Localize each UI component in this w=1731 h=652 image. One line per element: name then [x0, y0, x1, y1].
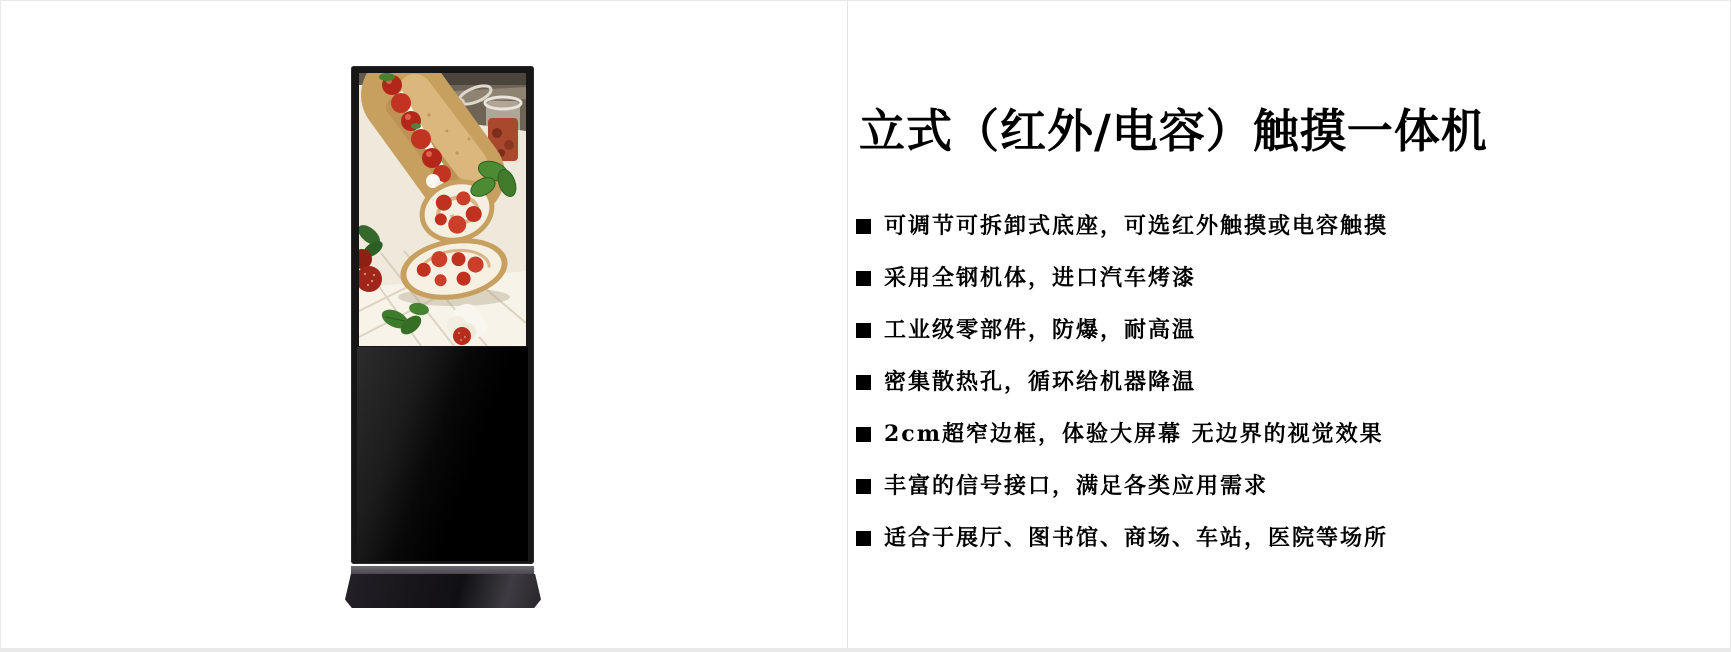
bullet-square-icon: [856, 323, 871, 338]
feature-item: 密集散热孔，循环给机器降温: [856, 371, 1388, 393]
kiosk-product-image: [1, 1, 847, 648]
kiosk-screen-photo: [359, 73, 526, 346]
kiosk-lower-panel: [357, 347, 528, 561]
feature-item: 适合于展厅、图书馆、商场、车站，医院等场所: [856, 527, 1388, 549]
feature-item: 工业级零部件，防爆，耐高温: [856, 319, 1388, 341]
feature-text: 采用全钢机体，进口汽车烤漆: [884, 267, 1196, 289]
product-title: 立式（红外/电容）触摸一体机: [859, 103, 1488, 159]
kiosk-base-neck: [351, 566, 534, 574]
bullet-square-icon: [856, 375, 871, 390]
feature-text: 适合于展厅、图书馆、商场、车站，医院等场所: [884, 527, 1388, 549]
feature-text: 工业级零部件，防爆，耐高温: [884, 319, 1196, 341]
feature-item: 丰富的信号接口，满足各类应用需求: [856, 475, 1388, 497]
kiosk-body: [351, 66, 534, 564]
feature-item: 2cm超窄边框，体验大屏幕 无边界的视觉效果: [856, 423, 1388, 445]
product-image-section: [1, 1, 847, 648]
cake-photo-illustration: [359, 73, 526, 346]
bullet-square-icon: [856, 219, 871, 234]
bullet-square-icon: [856, 531, 871, 546]
feature-text: 密集散热孔，循环给机器降温: [884, 371, 1196, 393]
bullet-square-icon: [856, 271, 871, 286]
feature-item: 采用全钢机体，进口汽车烤漆: [856, 267, 1388, 289]
feature-text: 2cm超窄边框，体验大屏幕 无边界的视觉效果: [884, 423, 1384, 445]
feature-text: 丰富的信号接口，满足各类应用需求: [884, 475, 1268, 497]
kiosk-base: [345, 574, 541, 608]
product-info-section: 立式（红外/电容）触摸一体机 可调节可拆卸式底座，可选红外触摸或电容触摸 采用全…: [848, 1, 1730, 648]
bullet-square-icon: [856, 479, 871, 494]
page-frame: 立式（红外/电容）触摸一体机 可调节可拆卸式底座，可选红外触摸或电容触摸 采用全…: [1, 1, 1730, 648]
feature-list: 可调节可拆卸式底座，可选红外触摸或电容触摸 采用全钢机体，进口汽车烤漆 工业级零…: [856, 215, 1388, 579]
feature-item: 可调节可拆卸式底座，可选红外触摸或电容触摸: [856, 215, 1388, 237]
bullet-square-icon: [856, 427, 871, 442]
feature-text: 可调节可拆卸式底座，可选红外触摸或电容触摸: [884, 215, 1388, 237]
